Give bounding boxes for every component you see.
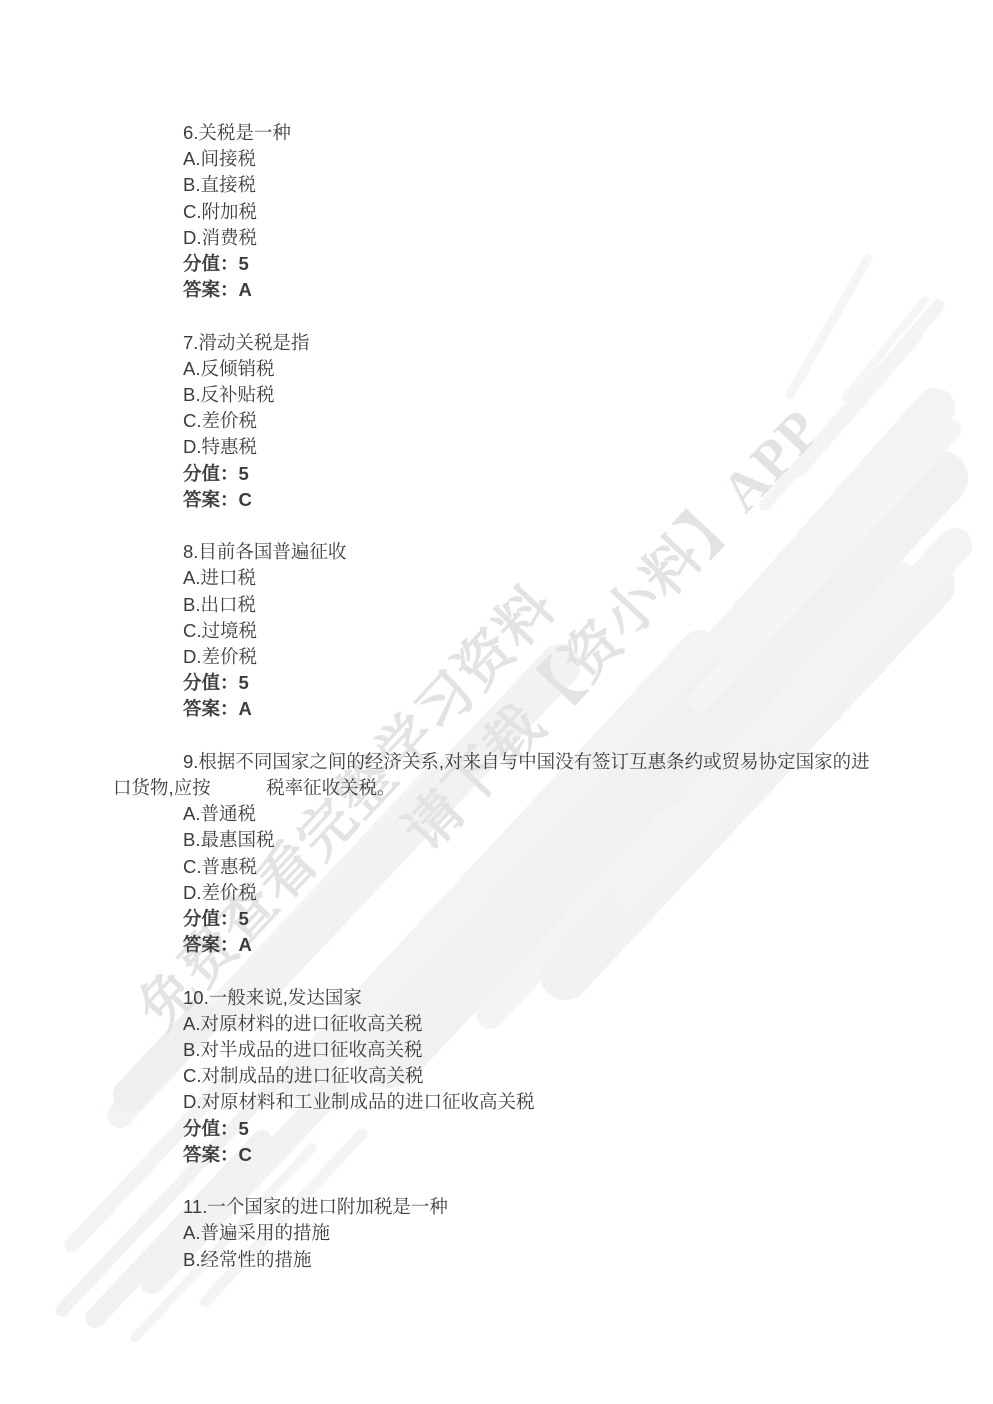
question-option: D.特惠税	[113, 434, 893, 460]
answer-value: C	[239, 489, 252, 510]
question-option: B.反补贴税	[113, 382, 893, 408]
answer-value: A	[239, 279, 252, 300]
score-label: 分值：	[183, 672, 239, 693]
question-block: 7.滑动关税是指A.反倾销税B.反补贴税C.差价税D.特惠税分值：5答案：C	[113, 330, 893, 513]
question-option: B.对半成品的进口征收高关税	[113, 1037, 893, 1063]
score-line: 分值：5	[113, 251, 893, 277]
question-option: C.过境税	[113, 618, 893, 644]
questions-container: 6.关税是一种A.间接税B.直接税C.附加税D.消费税分值：5答案：A7.滑动关…	[113, 120, 893, 1299]
question-option: A.反倾销税	[113, 356, 893, 382]
score-value: 5	[239, 1118, 249, 1139]
question-option: B.直接税	[113, 172, 893, 198]
question-option: A.普通税	[113, 801, 893, 827]
question-option: A.间接税	[113, 146, 893, 172]
question-block: 10.一般来说,发达国家A.对原材料的进口征收高关税B.对半成品的进口征收高关税…	[113, 985, 893, 1168]
question-block: 8.目前各国普遍征收A.进口税B.出口税C.过境税D.差价税分值：5答案：A	[113, 539, 893, 722]
score-value: 5	[239, 253, 249, 274]
answer-line: 答案：C	[113, 1142, 893, 1168]
score-label: 分值：	[183, 253, 239, 274]
question-option: B.出口税	[113, 592, 893, 618]
score-line: 分值：5	[113, 670, 893, 696]
answer-line: 答案：A	[113, 932, 893, 958]
question-option: C.对制成品的进口征收高关税	[113, 1063, 893, 1089]
question-option: A.对原材料的进口征收高关税	[113, 1011, 893, 1037]
answer-line: 答案：C	[113, 487, 893, 513]
question-option: B.最惠国税	[113, 827, 893, 853]
answer-value: C	[239, 1144, 252, 1165]
question-option: D.对原材料和工业制成品的进口征收高关税	[113, 1089, 893, 1115]
question-title: 7.滑动关税是指	[113, 330, 893, 356]
question-title: 6.关税是一种	[113, 120, 893, 146]
question-option: A.普遍采用的措施	[113, 1220, 893, 1246]
document-page: 免费查看完整学习资料 请下载【资小料】APP 6.关税是一种A.间接税B.直接税…	[0, 0, 993, 1404]
question-block: 9.根据不同国家之间的经济关系,对来自与中国没有签订互惠条约或贸易协定国家的进口…	[113, 749, 893, 959]
question-option: A.进口税	[113, 565, 893, 591]
question-title-continuation: 口货物,应按 税率征收关税。	[113, 775, 893, 801]
score-label: 分值：	[183, 1118, 239, 1139]
answer-line: 答案：A	[113, 277, 893, 303]
answer-value: A	[239, 934, 252, 955]
question-title: 8.目前各国普遍征收	[113, 539, 893, 565]
answer-label: 答案：	[183, 279, 239, 300]
question-title: 9.根据不同国家之间的经济关系,对来自与中国没有签订互惠条约或贸易协定国家的进	[113, 749, 893, 775]
answer-line: 答案：A	[113, 696, 893, 722]
score-line: 分值：5	[113, 906, 893, 932]
score-line: 分值：5	[113, 461, 893, 487]
question-block: 11.一个国家的进口附加税是一种A.普遍采用的措施B.经常性的措施	[113, 1194, 893, 1273]
answer-label: 答案：	[183, 934, 239, 955]
answer-value: A	[239, 698, 252, 719]
question-option: D.差价税	[113, 644, 893, 670]
question-option: D.消费税	[113, 225, 893, 251]
answer-label: 答案：	[183, 698, 239, 719]
question-option: B.经常性的措施	[113, 1247, 893, 1273]
score-line: 分值：5	[113, 1116, 893, 1142]
question-option: C.附加税	[113, 199, 893, 225]
score-label: 分值：	[183, 463, 239, 484]
score-value: 5	[239, 463, 249, 484]
question-block: 6.关税是一种A.间接税B.直接税C.附加税D.消费税分值：5答案：A	[113, 120, 893, 303]
answer-label: 答案：	[183, 1144, 239, 1165]
question-option: C.差价税	[113, 408, 893, 434]
question-option: D.差价税	[113, 880, 893, 906]
question-title: 11.一个国家的进口附加税是一种	[113, 1194, 893, 1220]
answer-label: 答案：	[183, 489, 239, 510]
score-value: 5	[239, 908, 249, 929]
score-label: 分值：	[183, 908, 239, 929]
question-title: 10.一般来说,发达国家	[113, 985, 893, 1011]
question-option: C.普惠税	[113, 854, 893, 880]
score-value: 5	[239, 672, 249, 693]
